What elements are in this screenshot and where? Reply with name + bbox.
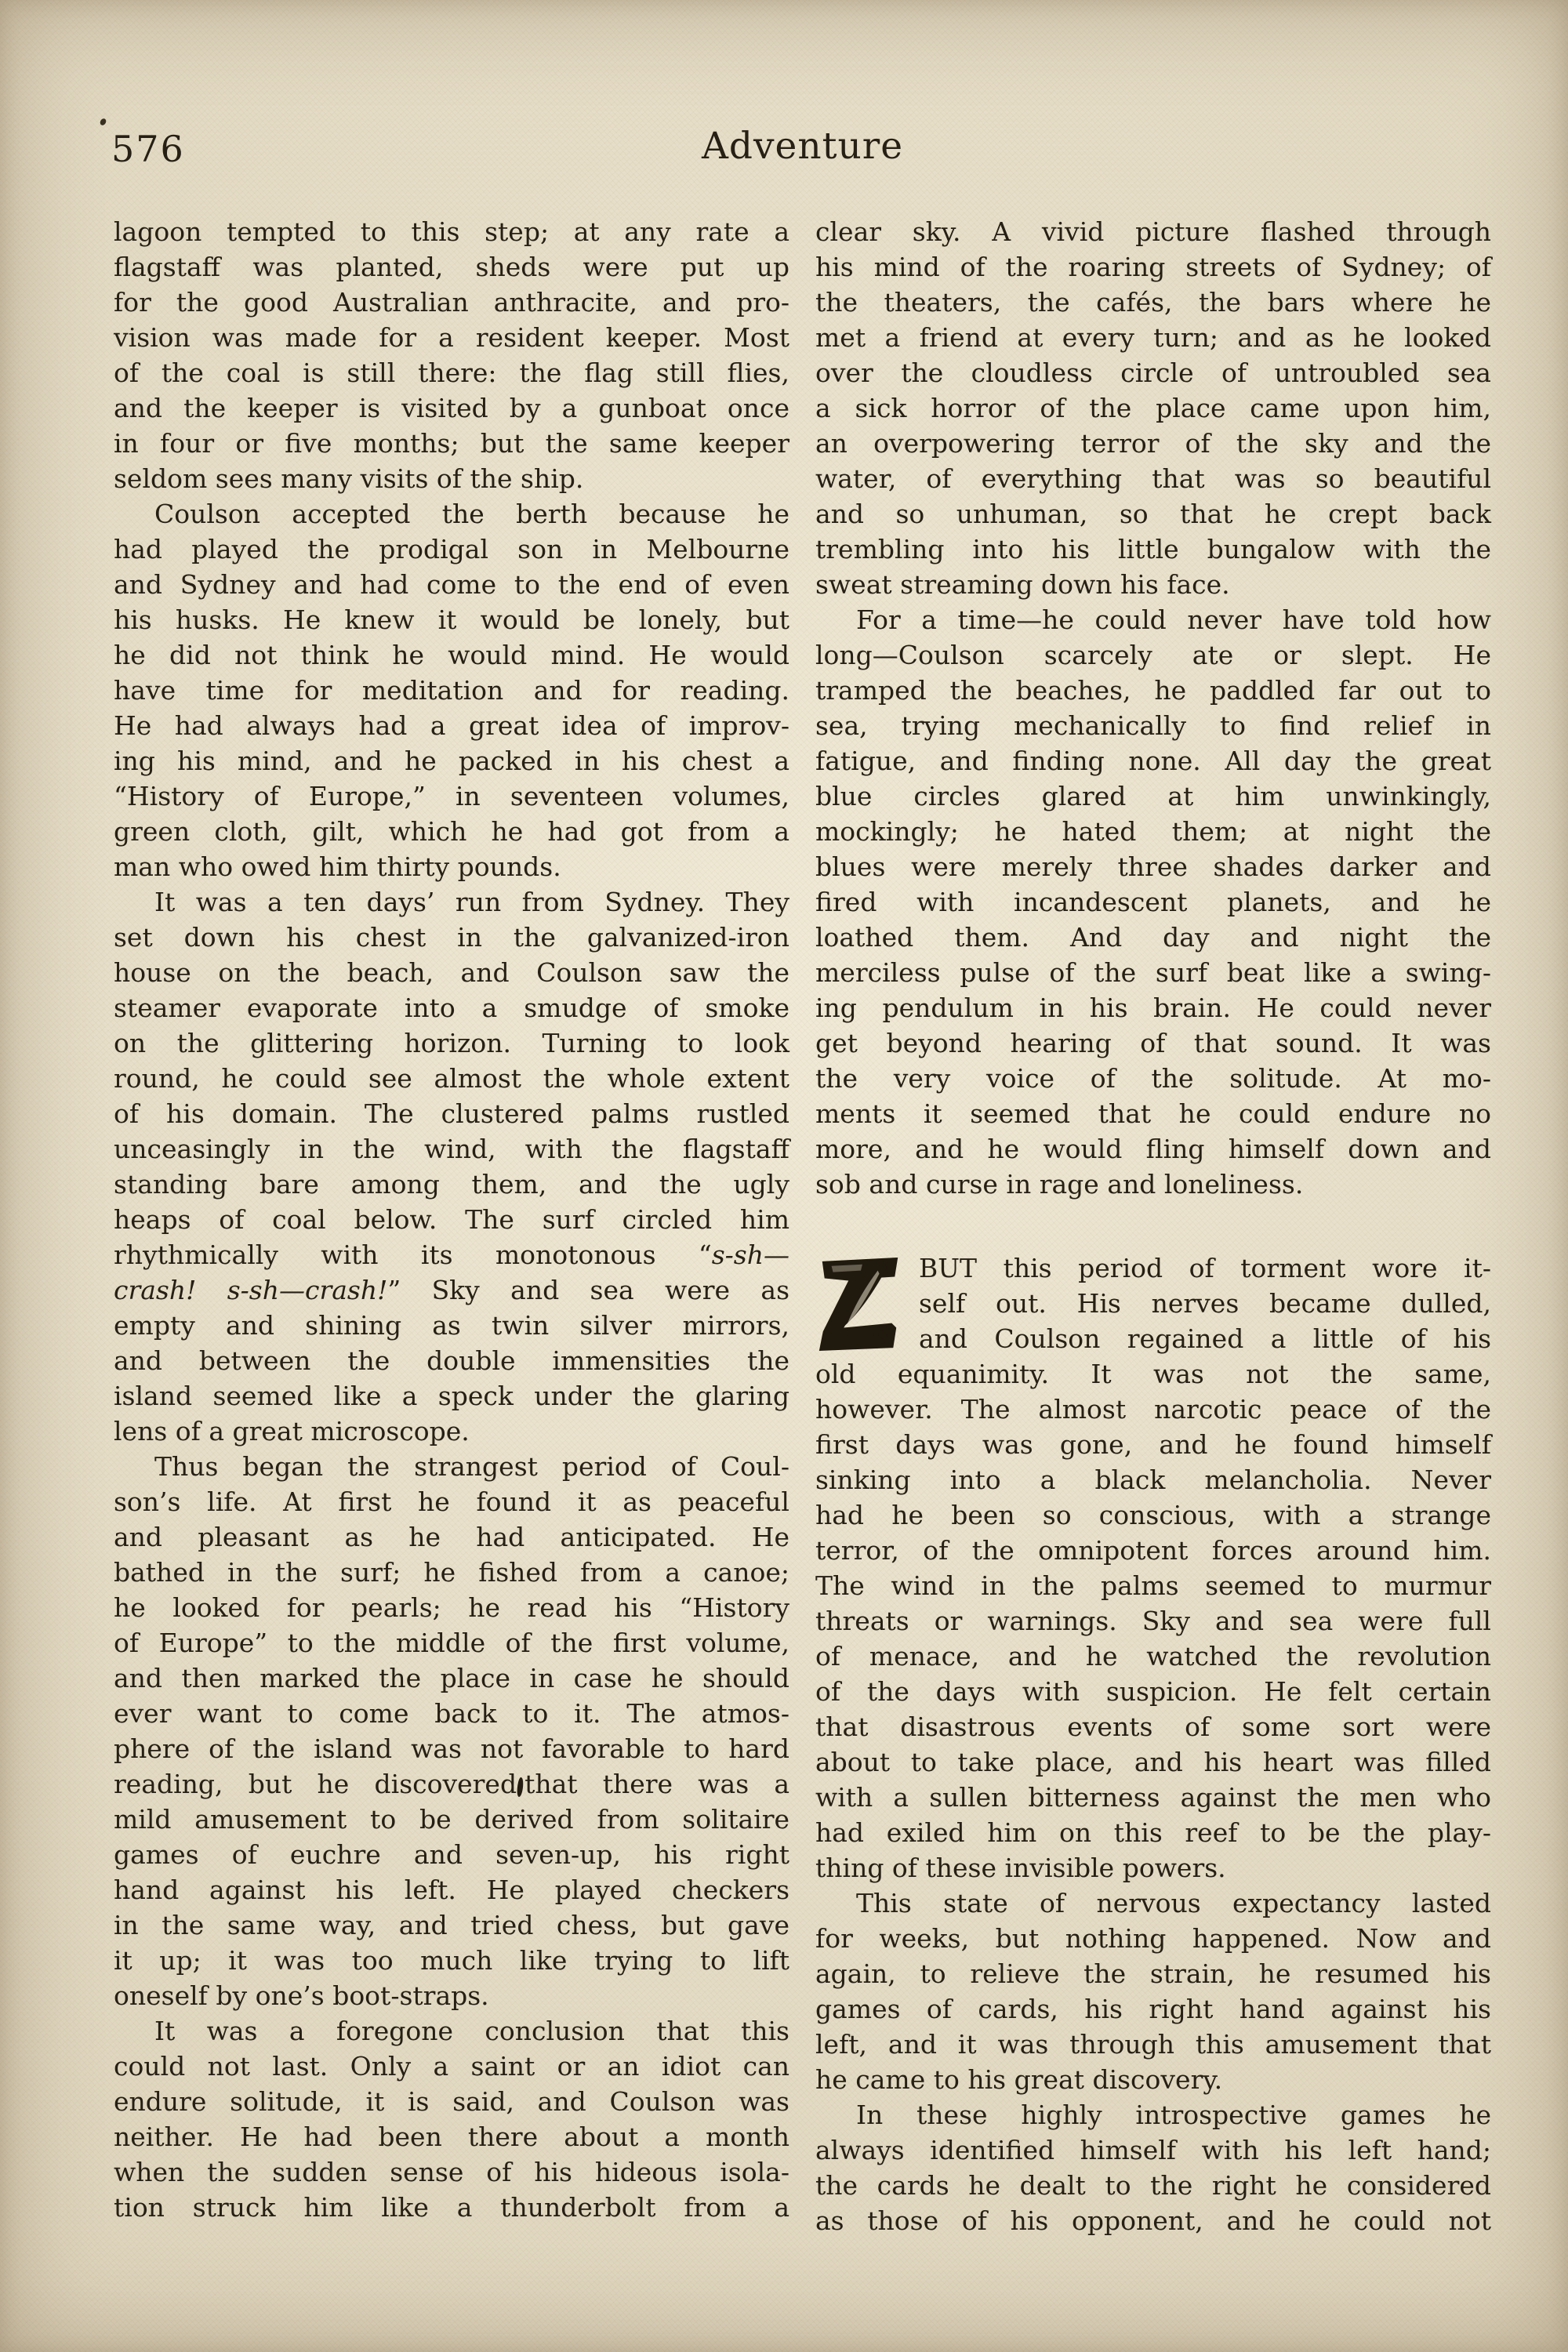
text-line: long—Coulson scarcely ate or slept. He	[815, 637, 1491, 673]
text-line: It was a foregone conclusion that this	[114, 2013, 789, 2049]
paragraph: BUT this period of torment wore it-self …	[815, 1250, 1491, 1886]
text-line: hand against his left. He played checker…	[114, 1872, 789, 1907]
paragraph: lagoon tempted to this step; at any rate…	[114, 214, 789, 496]
text-line: fired with incandescent planets, and he	[815, 884, 1491, 920]
text-line: again, to relieve the strain, he resumed…	[815, 1956, 1491, 1991]
text-line: his mind of the roaring streets of Sydne…	[815, 249, 1491, 285]
text-line: sinking into a black melancholia. Never	[815, 1462, 1491, 1497]
text-line: rhythmically with its monotonous “s-sh—	[114, 1237, 789, 1272]
text-line: empty and shining as twin silver mirrors…	[114, 1308, 789, 1343]
text-line: get beyond hearing of that sound. It was	[815, 1025, 1491, 1061]
text-line: in the same way, and tried chess, but ga…	[114, 1907, 789, 1943]
text-line: for weeks, but nothing happened. Now and	[815, 1921, 1491, 1956]
text-line: man who owed him thirty pounds.	[114, 849, 789, 884]
text-line: and Coulson regained a little of his	[815, 1321, 1491, 1356]
text-line: water, of everything that was so beautif…	[815, 461, 1491, 496]
text-column-right: clear sky. A vivid picture flashed throu…	[815, 214, 1491, 2238]
text-line: have time for meditation and for reading…	[114, 673, 789, 708]
text-line: could not last. Only a saint or an idiot…	[114, 2049, 789, 2084]
text-line: This state of nervous expectancy lasted	[815, 1886, 1491, 1921]
text-line: sea, trying mechanically to find relief …	[815, 708, 1491, 743]
text-line: island seemed like a speck under the gla…	[114, 1378, 789, 1414]
text-line: neither. He had been there about a month	[114, 2119, 789, 2154]
text-line: mild amusement to be derived from solita…	[114, 1802, 789, 1837]
text-line: that disastrous events of some sort were	[815, 1709, 1491, 1744]
text-line: old equanimity. It was not the same,	[815, 1356, 1491, 1392]
text-line: set down his chest in the galvanized-iro…	[114, 920, 789, 955]
text-line: The wind in the palms seemed to murmur	[815, 1568, 1491, 1603]
paragraph: This state of nervous expectancy lastedf…	[815, 1886, 1491, 2097]
text-line: vision was made for a resident keeper. M…	[114, 320, 789, 355]
text-line: BUT this period of torment wore it-	[815, 1250, 1491, 1286]
paragraph: Thus began the strangest period of Coul-…	[114, 1449, 789, 2013]
ink-blot-icon	[517, 1777, 524, 1798]
text-line: ments it seemed that he could endure no	[815, 1096, 1491, 1131]
text-line: flagstaff was planted, sheds were put up	[114, 249, 789, 285]
text-line: first days was gone, and he found himsel…	[815, 1427, 1491, 1462]
text-line: steamer evaporate into a smudge of smoke	[114, 990, 789, 1025]
text-line: had exiled him on this reef to be the pl…	[815, 1815, 1491, 1850]
text-line: mockingly; he hated them; at night the	[815, 814, 1491, 849]
text-line: clear sky. A vivid picture flashed throu…	[815, 214, 1491, 249]
text-line: on the glittering horizon. Turning to lo…	[114, 1025, 789, 1061]
paragraph: Coulson accepted the berth because hehad…	[114, 496, 789, 884]
journal-title: Adventure	[114, 125, 1491, 168]
paragraph: It was a foregone conclusion that thisco…	[114, 2013, 789, 2225]
text-line: and between the double immensities the	[114, 1343, 789, 1378]
text-line: Coulson accepted the berth because he	[114, 496, 789, 532]
text-line: of the days with suspicion. He felt cert…	[815, 1674, 1491, 1709]
text-line: lens of a great microscope.	[114, 1414, 789, 1449]
text-line: and then marked the place in case he sho…	[114, 1661, 789, 1696]
text-line: of his domain. The clustered palms rustl…	[114, 1096, 789, 1131]
text-line: endure solitude, it is said, and Coulson…	[114, 2084, 789, 2119]
text-line: the cards he dealt to the right he consi…	[815, 2168, 1491, 2203]
text-line: standing bare among them, and the ugly	[114, 1167, 789, 1202]
text-line: bathed in the surf; he fished from a can…	[114, 1555, 789, 1590]
text-line: when the sudden sense of his hideous iso…	[114, 2154, 789, 2190]
text-line: tion struck him like a thunderbolt from …	[114, 2190, 789, 2225]
text-line: seldom sees many visits of the ship.	[114, 461, 789, 496]
text-line: oneself by one’s boot-straps.	[114, 1978, 789, 2013]
text-column-left: lagoon tempted to this step; at any rate…	[114, 214, 789, 2225]
text-line: games of cards, his right hand against h…	[815, 1991, 1491, 2027]
text-line: an overpowering terror of the sky and th…	[815, 426, 1491, 461]
text-line: trembling into his little bungalow with …	[815, 532, 1491, 567]
text-line: ing pendulum in his brain. He could neve…	[815, 990, 1491, 1025]
text-line: however. The almost narcotic peace of th…	[815, 1392, 1491, 1427]
text-line: sweat streaming down his face.	[815, 567, 1491, 602]
text-line: and pleasant as he had anticipated. He	[114, 1519, 789, 1555]
text-line: games of euchre and seven-up, his right	[114, 1837, 789, 1872]
ornamental-initial-icon	[815, 1255, 903, 1352]
text-line: as those of his opponent, and he could n…	[815, 2203, 1491, 2238]
text-line: terror, of the omnipotent forces around …	[815, 1533, 1491, 1568]
text-line: son’s life. At first he found it as peac…	[114, 1484, 789, 1519]
text-line: left, and it was through this amusement …	[815, 2027, 1491, 2062]
text-line: always identified himself with his left …	[815, 2132, 1491, 2168]
text-line: met a friend at every turn; and as he lo…	[815, 320, 1491, 355]
text-line: the theaters, the cafés, the bars where …	[815, 285, 1491, 320]
text-line: the very voice of the solitude. At mo-	[815, 1061, 1491, 1096]
text-line: For a time—he could never have told how	[815, 602, 1491, 637]
text-line: blues were merely three shades darker an…	[815, 849, 1491, 884]
text-line: more, and he would fling himself down an…	[815, 1131, 1491, 1167]
text-line: about to take place, and his heart was f…	[815, 1744, 1491, 1780]
text-line: green cloth, gilt, which he had got from…	[114, 814, 789, 849]
text-line: in four or five months; but the same kee…	[114, 426, 789, 461]
text-line: merciless pulse of the surf beat like a …	[815, 955, 1491, 990]
text-line: threats or warnings. Sky and sea were fu…	[815, 1603, 1491, 1639]
text-line: it up; it was too much like trying to li…	[114, 1943, 789, 1978]
text-line: he did not think he would mind. He would	[114, 637, 789, 673]
text-line: round, he could see almost the whole ext…	[114, 1061, 789, 1096]
text-line: self out. His nerves became dulled,	[815, 1286, 1491, 1321]
text-line: lagoon tempted to this step; at any rate…	[114, 214, 789, 249]
text-line: and the keeper is visited by a gunboat o…	[114, 390, 789, 426]
text-line: he looked for pearls; he read his “Histo…	[114, 1590, 789, 1625]
text-line: of Europe” to the middle of the first vo…	[114, 1625, 789, 1661]
text-line: He had always had a great idea of improv…	[114, 708, 789, 743]
text-line: thing of these invisible powers.	[815, 1850, 1491, 1886]
text-line: crash! s-sh—crash!” Sky and sea were as	[114, 1272, 789, 1308]
paragraph: clear sky. A vivid picture flashed throu…	[815, 214, 1491, 602]
text-line: and Sydney and had come to the end of ev…	[114, 567, 789, 602]
paragraph: For a time—he could never have told howl…	[815, 602, 1491, 1202]
ink-speck-icon	[99, 118, 107, 126]
text-line: had played the prodigal son in Melbourne	[114, 532, 789, 567]
text-line: Thus began the strangest period of Coul-	[114, 1449, 789, 1484]
text-line: and so unhuman, so that he crept back	[815, 496, 1491, 532]
text-line: reading, but he discoveredthat there was…	[114, 1766, 789, 1802]
text-line: ing his mind, and he packed in his chest…	[114, 743, 789, 779]
text-line: with a sullen bitterness against the men…	[815, 1780, 1491, 1815]
text-line: his husks. He knew it would be lonely, b…	[114, 602, 789, 637]
paragraph: It was a ten days’ run from Sydney. They…	[114, 884, 789, 1449]
text-line: heaps of coal below. The surf circled hi…	[114, 1202, 789, 1237]
text-line: blue circles glared at him unwinkingly,	[815, 779, 1491, 814]
text-line: In these highly introspective games he	[815, 2097, 1491, 2132]
text-line: had he been so conscious, with a strange	[815, 1497, 1491, 1533]
text-line: of the coal is still there: the flag sti…	[114, 355, 789, 390]
text-line: over the cloudless circle of untroubled …	[815, 355, 1491, 390]
text-line: loathed them. And day and night the	[815, 920, 1491, 955]
text-line: he came to his great discovery.	[815, 2062, 1491, 2097]
text-line: tramped the beaches, he paddled far out …	[815, 673, 1491, 708]
text-line: fatigue, and finding none. All day the g…	[815, 743, 1491, 779]
text-line: phere of the island was not favorable to…	[114, 1731, 789, 1766]
text-line: unceasingly in the wind, with the flagst…	[114, 1131, 789, 1167]
text-line: house on the beach, and Coulson saw the	[114, 955, 789, 990]
text-line: sob and curse in rage and loneliness.	[815, 1167, 1491, 1202]
text-line: ever want to come back to it. The atmos-	[114, 1696, 789, 1731]
magazine-page: 576 Adventure lagoon tempted to this ste…	[0, 0, 1568, 2352]
text-line: of menace, and he watched the revolution	[815, 1639, 1491, 1674]
text-line: for the good Australian anthracite, and …	[114, 285, 789, 320]
text-line: a sick horror of the place came upon him…	[815, 390, 1491, 426]
paragraph: In these highly introspective games heal…	[815, 2097, 1491, 2238]
text-line: “History of Europe,” in seventeen volume…	[114, 779, 789, 814]
text-line: It was a ten days’ run from Sydney. They	[114, 884, 789, 920]
